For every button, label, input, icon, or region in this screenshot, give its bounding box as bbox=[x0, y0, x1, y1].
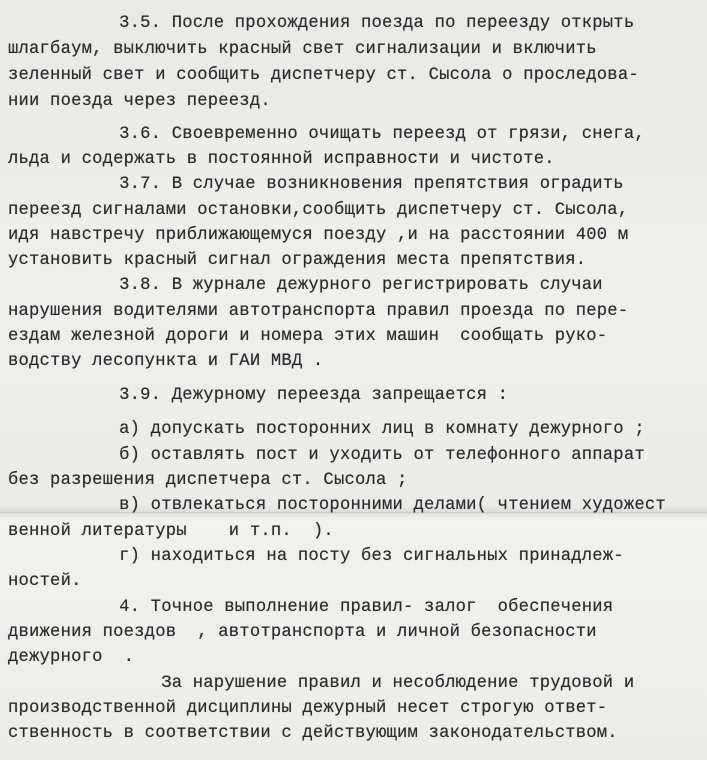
text-line: ездам железной дороги и номера этих маши… bbox=[8, 327, 607, 346]
text-line: ственность в соответствии с действующим … bbox=[8, 724, 618, 743]
text-line: шлагбаум, выключить красный свет сигнали… bbox=[8, 40, 597, 59]
text-line: движения поездов , автотранспорта и личн… bbox=[8, 623, 597, 642]
text-line: без разрешения диспетчера ст. Сысола ; bbox=[8, 471, 408, 490]
typewritten-page: 3.5. После прохождения поезда по переезд… bbox=[0, 0, 707, 760]
text-line: г) находиться на посту без сигнальных пр… bbox=[14, 547, 624, 566]
text-line: производственной дисциплины дежурный нес… bbox=[8, 699, 607, 718]
text-line: 3.6. Своевременно очищать переезд от гря… bbox=[14, 125, 645, 144]
text-line: в) отвлекаться посторонними делами( чтен… bbox=[14, 496, 666, 515]
text-line: 3.7. В случае возникновения препятствия … bbox=[14, 175, 624, 194]
text-line: установить красный сигнал ограждения мес… bbox=[8, 251, 586, 270]
text-line: дежурного . bbox=[8, 648, 134, 667]
text-line: а) допускать посторонних лиц в комнату д… bbox=[14, 420, 645, 439]
text-line: 3.5. После прохождения поезда по переезд… bbox=[14, 14, 634, 33]
text-line: б) оставлять пост и уходить от телефонно… bbox=[14, 446, 645, 465]
text-line: 3.9. Дежурному переезда запрещается : bbox=[14, 386, 508, 405]
text-line: 4. Точное выполнение правил- залог обесп… bbox=[14, 598, 613, 617]
text-line: льда и содержать в постоянной исправност… bbox=[8, 150, 555, 169]
text-line: нии поезда через переезд. bbox=[8, 92, 271, 111]
text-line: водству лесопункта и ГАИ МВД . bbox=[8, 352, 323, 371]
text-line: нарушения водителями автотранспорта прав… bbox=[8, 302, 628, 321]
text-line: венной литературы и т.п. ). bbox=[8, 522, 334, 541]
text-line: идя навстречу приближающемуся поезду ,и … bbox=[8, 226, 628, 245]
text-line: За нарушение правил и несоблюдение трудо… bbox=[14, 674, 634, 693]
text-line: зеленный свет и сообщить диспетчеру ст. … bbox=[8, 66, 639, 85]
text-line: переезд сигналами остановки,сообщить дис… bbox=[8, 201, 628, 220]
text-line: 3.8. В журнале дежурного регистрировать … bbox=[14, 276, 603, 295]
text-line: ностей. bbox=[8, 572, 82, 591]
